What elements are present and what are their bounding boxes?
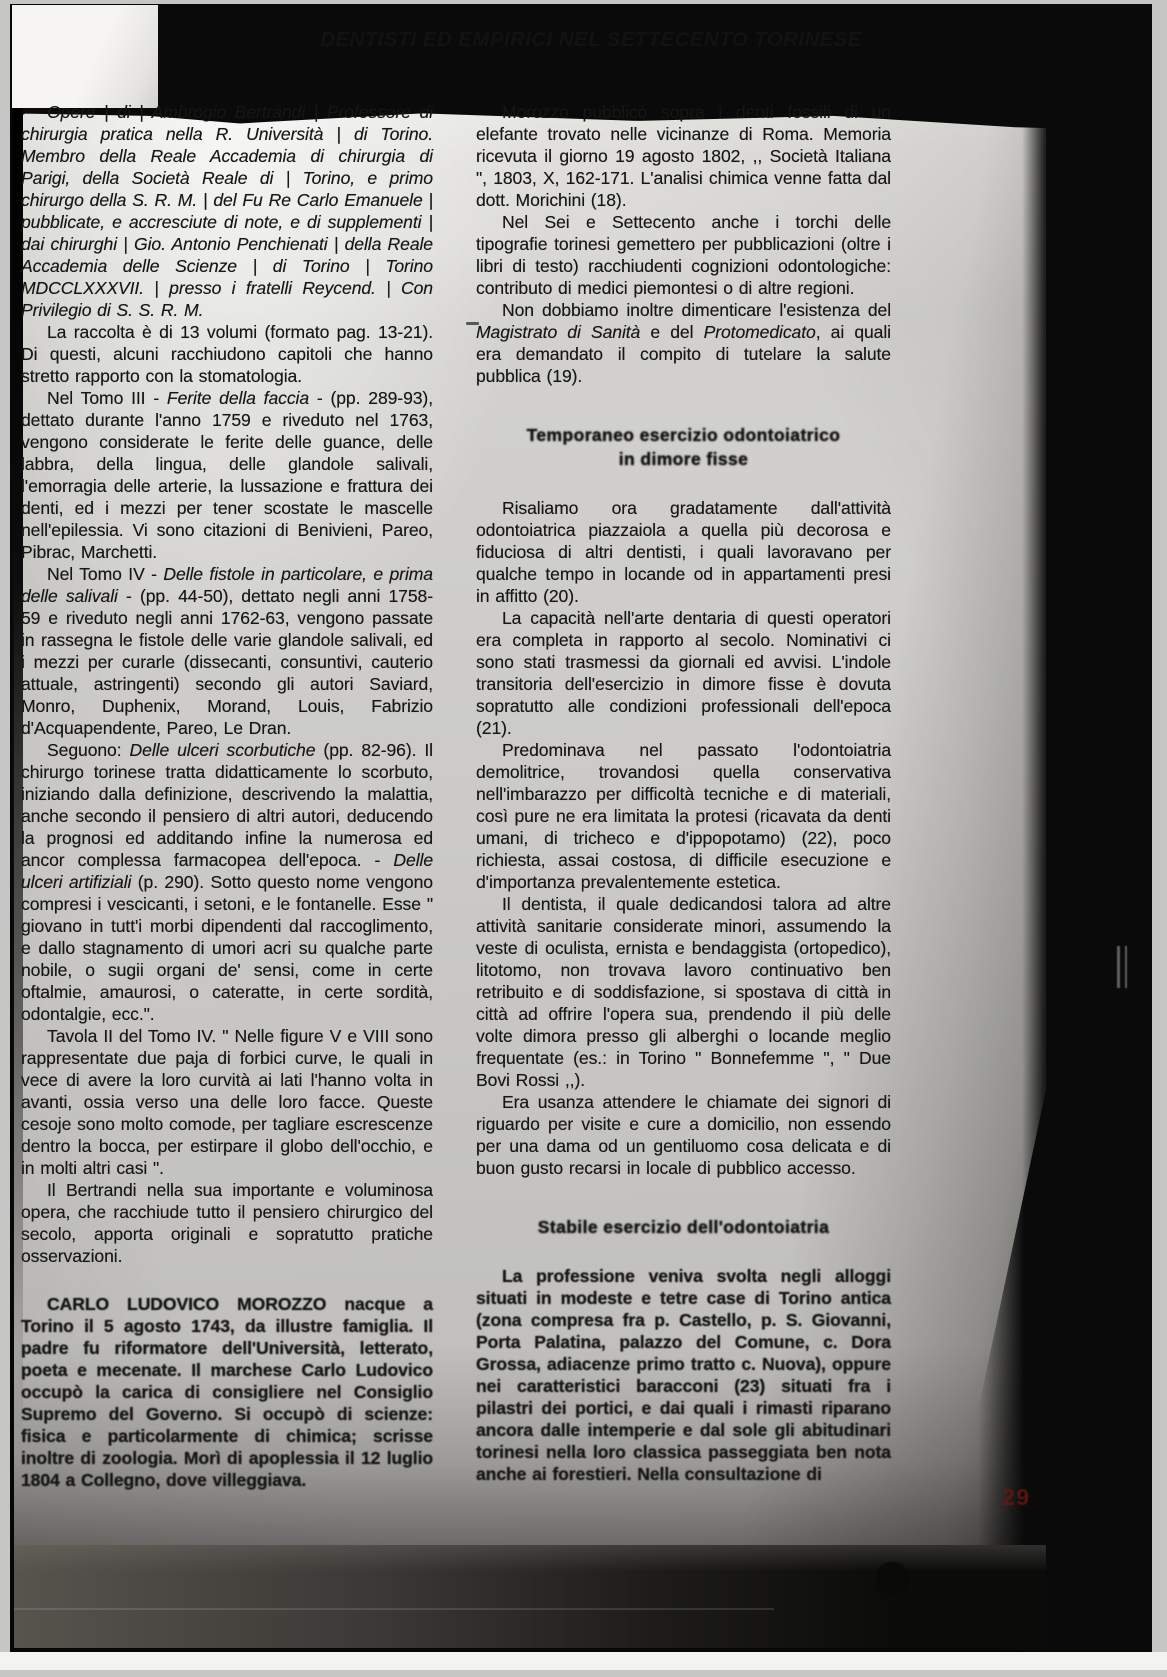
- paragraph: La professione veniva svolta negli allog…: [476, 1265, 891, 1485]
- scan-ink-blob: [876, 1562, 910, 1594]
- scan-bottom-white-strip: [0, 1652, 1167, 1670]
- section-heading: Stabile esercizio dell'odontoiatria: [482, 1215, 885, 1239]
- paragraph-gap: [21, 1267, 433, 1293]
- paragraph: CARLO LUDOVICO MOROZZO nacque a Torino i…: [21, 1293, 433, 1491]
- right-column: Morozzo pubblicò sopra i denti fossili d…: [476, 101, 891, 1485]
- paragraph: La raccolta è di 13 volumi (formato pag.…: [21, 321, 433, 387]
- paragraph: Opere | di | Ambrogio Bertrandi | Profes…: [21, 101, 433, 321]
- scan-bottom-edge: [14, 1545, 1046, 1648]
- paragraph: Nel Tomo IV - Delle fistole in particola…: [21, 563, 433, 739]
- paragraph: Nel Sei e Settecento anche i torchi dell…: [476, 211, 891, 299]
- paragraph: Non dobbiamo inoltre dimenticare l'esist…: [476, 299, 891, 387]
- paragraph: Il Bertrandi nella sua importante e volu…: [21, 1179, 433, 1267]
- scan-artifact-marks: [1117, 946, 1132, 993]
- running-head: DENTISTI ED EMPIRICI NEL SETTECENTO TORI…: [286, 28, 896, 52]
- paragraph: Era usanza attendere le chiamate dei sig…: [476, 1091, 891, 1179]
- scan-white-corner: [12, 5, 158, 108]
- paragraph: Nel Tomo III - Ferite della faccia - (pp…: [21, 387, 433, 563]
- paragraph: Predominava nel passato l'odontoiatria d…: [476, 739, 891, 893]
- paragraph: Seguono: Delle ulceri scorbutiche (pp. 8…: [21, 739, 433, 1025]
- scan-scratch-line: [14, 1608, 774, 1610]
- paragraph: Tavola II del Tomo IV. " Nelle figure V …: [21, 1025, 433, 1179]
- scanned-page: { "running_head": "DENTISTI ED EMPIRICI …: [0, 0, 1167, 1677]
- paragraph: Il dentista, il quale dedicandosi talora…: [476, 893, 891, 1091]
- page-number: 29: [1002, 1484, 1031, 1511]
- left-column: Opere | di | Ambrogio Bertrandi | Profes…: [21, 101, 433, 1491]
- paragraph: Morozzo pubblicò sopra i denti fossili d…: [476, 101, 891, 211]
- paragraph: Risaliamo ora gradatamente dall'attività…: [476, 497, 891, 607]
- section-heading: Temporaneo esercizio odontoiatricoin dim…: [482, 423, 885, 471]
- paragraph: La capacità nell'arte dentaria di questi…: [476, 607, 891, 739]
- scan-margin-dash: [466, 322, 479, 325]
- photocopy-scan: DENTISTI ED EMPIRICI NEL SETTECENTO TORI…: [0, 0, 1167, 1677]
